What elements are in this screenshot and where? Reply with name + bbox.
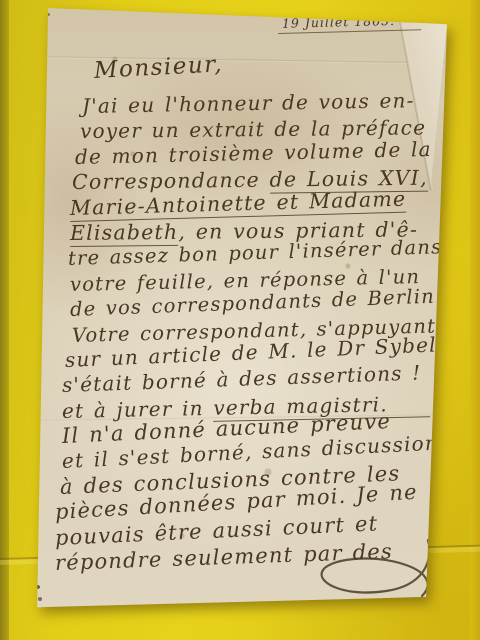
handwriting-layer: 19 Juillet 1865. Monsieur, J'ai eu l'hon… [30, 4, 450, 614]
letter-date: 19 Juillet 1865. [278, 12, 422, 34]
letter-paper-wrapper: 19 Juillet 1865. Monsieur, J'ai eu l'hon… [30, 4, 450, 614]
letter-line-text: Correspondance [72, 168, 270, 194]
letter-date-text: 19 Juillet 1865. [278, 12, 422, 34]
pen-flourish-swirl [310, 526, 460, 614]
letter-salutation: Monsieur, [93, 51, 223, 84]
handwritten-letter-paper: 19 Juillet 1865. Monsieur, J'ai eu l'hon… [30, 4, 450, 614]
background-left-shadow-strip [0, 0, 9, 640]
letter-line: J'ai eu l'honneur de vous en- [82, 88, 450, 120]
letter-body: J'ai eu l'honneur de vous en- voyer un e… [30, 94, 450, 576]
letter-line-text: J'ai eu l'honneur de vous en- [82, 88, 415, 118]
